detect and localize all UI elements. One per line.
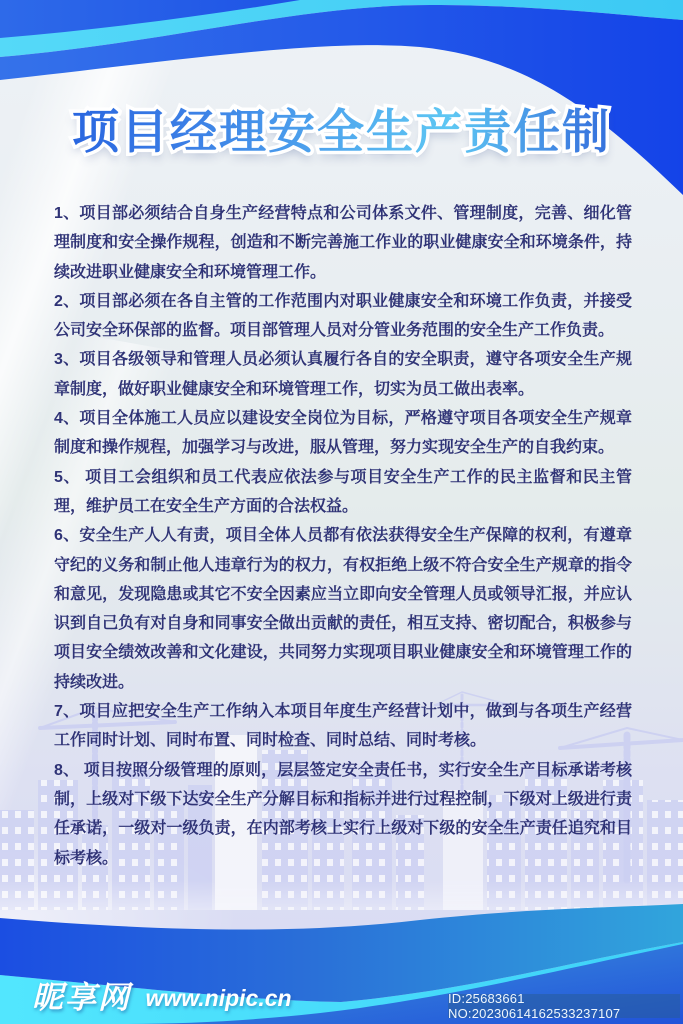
- responsibility-item-2: 2、项目部必须在各自主管的工作范围内对职业健康安全和环境工作负责，并接受公司安全…: [54, 287, 632, 346]
- responsibility-item-1: 1、项目部必须结合自身生产经营特点和公司体系文件、管理制度，完善、细化管理制度和…: [54, 199, 632, 287]
- responsibility-item-8: 8、 项目按照分级管理的原则，层层签定安全责任书，实行安全生产目标承诺考核制，上…: [54, 756, 632, 873]
- responsibility-item-7: 7、项目应把安全生产工作纳入本项目年度生产经营计划中，做到与各项生产经营工作同时…: [54, 697, 632, 756]
- responsibility-list: 1、项目部必须结合自身生产经营特点和公司体系文件、管理制度，完善、细化管理制度和…: [54, 199, 632, 873]
- site-name-logo: 昵享网: [32, 980, 131, 1015]
- page-title-text: 项目经理安全生产责任制: [0, 104, 683, 160]
- responsibility-item-3: 3、项目各级领导和管理人员必须认真履行各自的安全职责，遵守各项安全生产规章制度，…: [54, 345, 632, 404]
- responsibility-item-4: 4、项目全体施工人员应以建设安全岗位为目标，严格遵守项目各项安全生产规章制度和操…: [54, 404, 632, 463]
- responsibility-item-6: 6、安全生产人人有责，项目全体人员都有依法获得安全生产保障的权利，有遵章守纪的义…: [54, 521, 632, 697]
- site-url-text: www.nipic.cn: [145, 985, 291, 1011]
- site-watermark: 昵享网 www.nipic.cn: [32, 972, 292, 1017]
- poster-background: 项目经理安全生产责任制 项目经理安全生产责任制 1、项目部必须结合自身生产经营特…: [0, 0, 683, 1024]
- responsibility-item-5: 5、 项目工会组织和员工代表应依法参与项目安全生产工作的民主监督和民主管理，维护…: [54, 463, 632, 522]
- image-id-badge: ID:25683661 NO:20230614162533237107: [448, 994, 680, 1018]
